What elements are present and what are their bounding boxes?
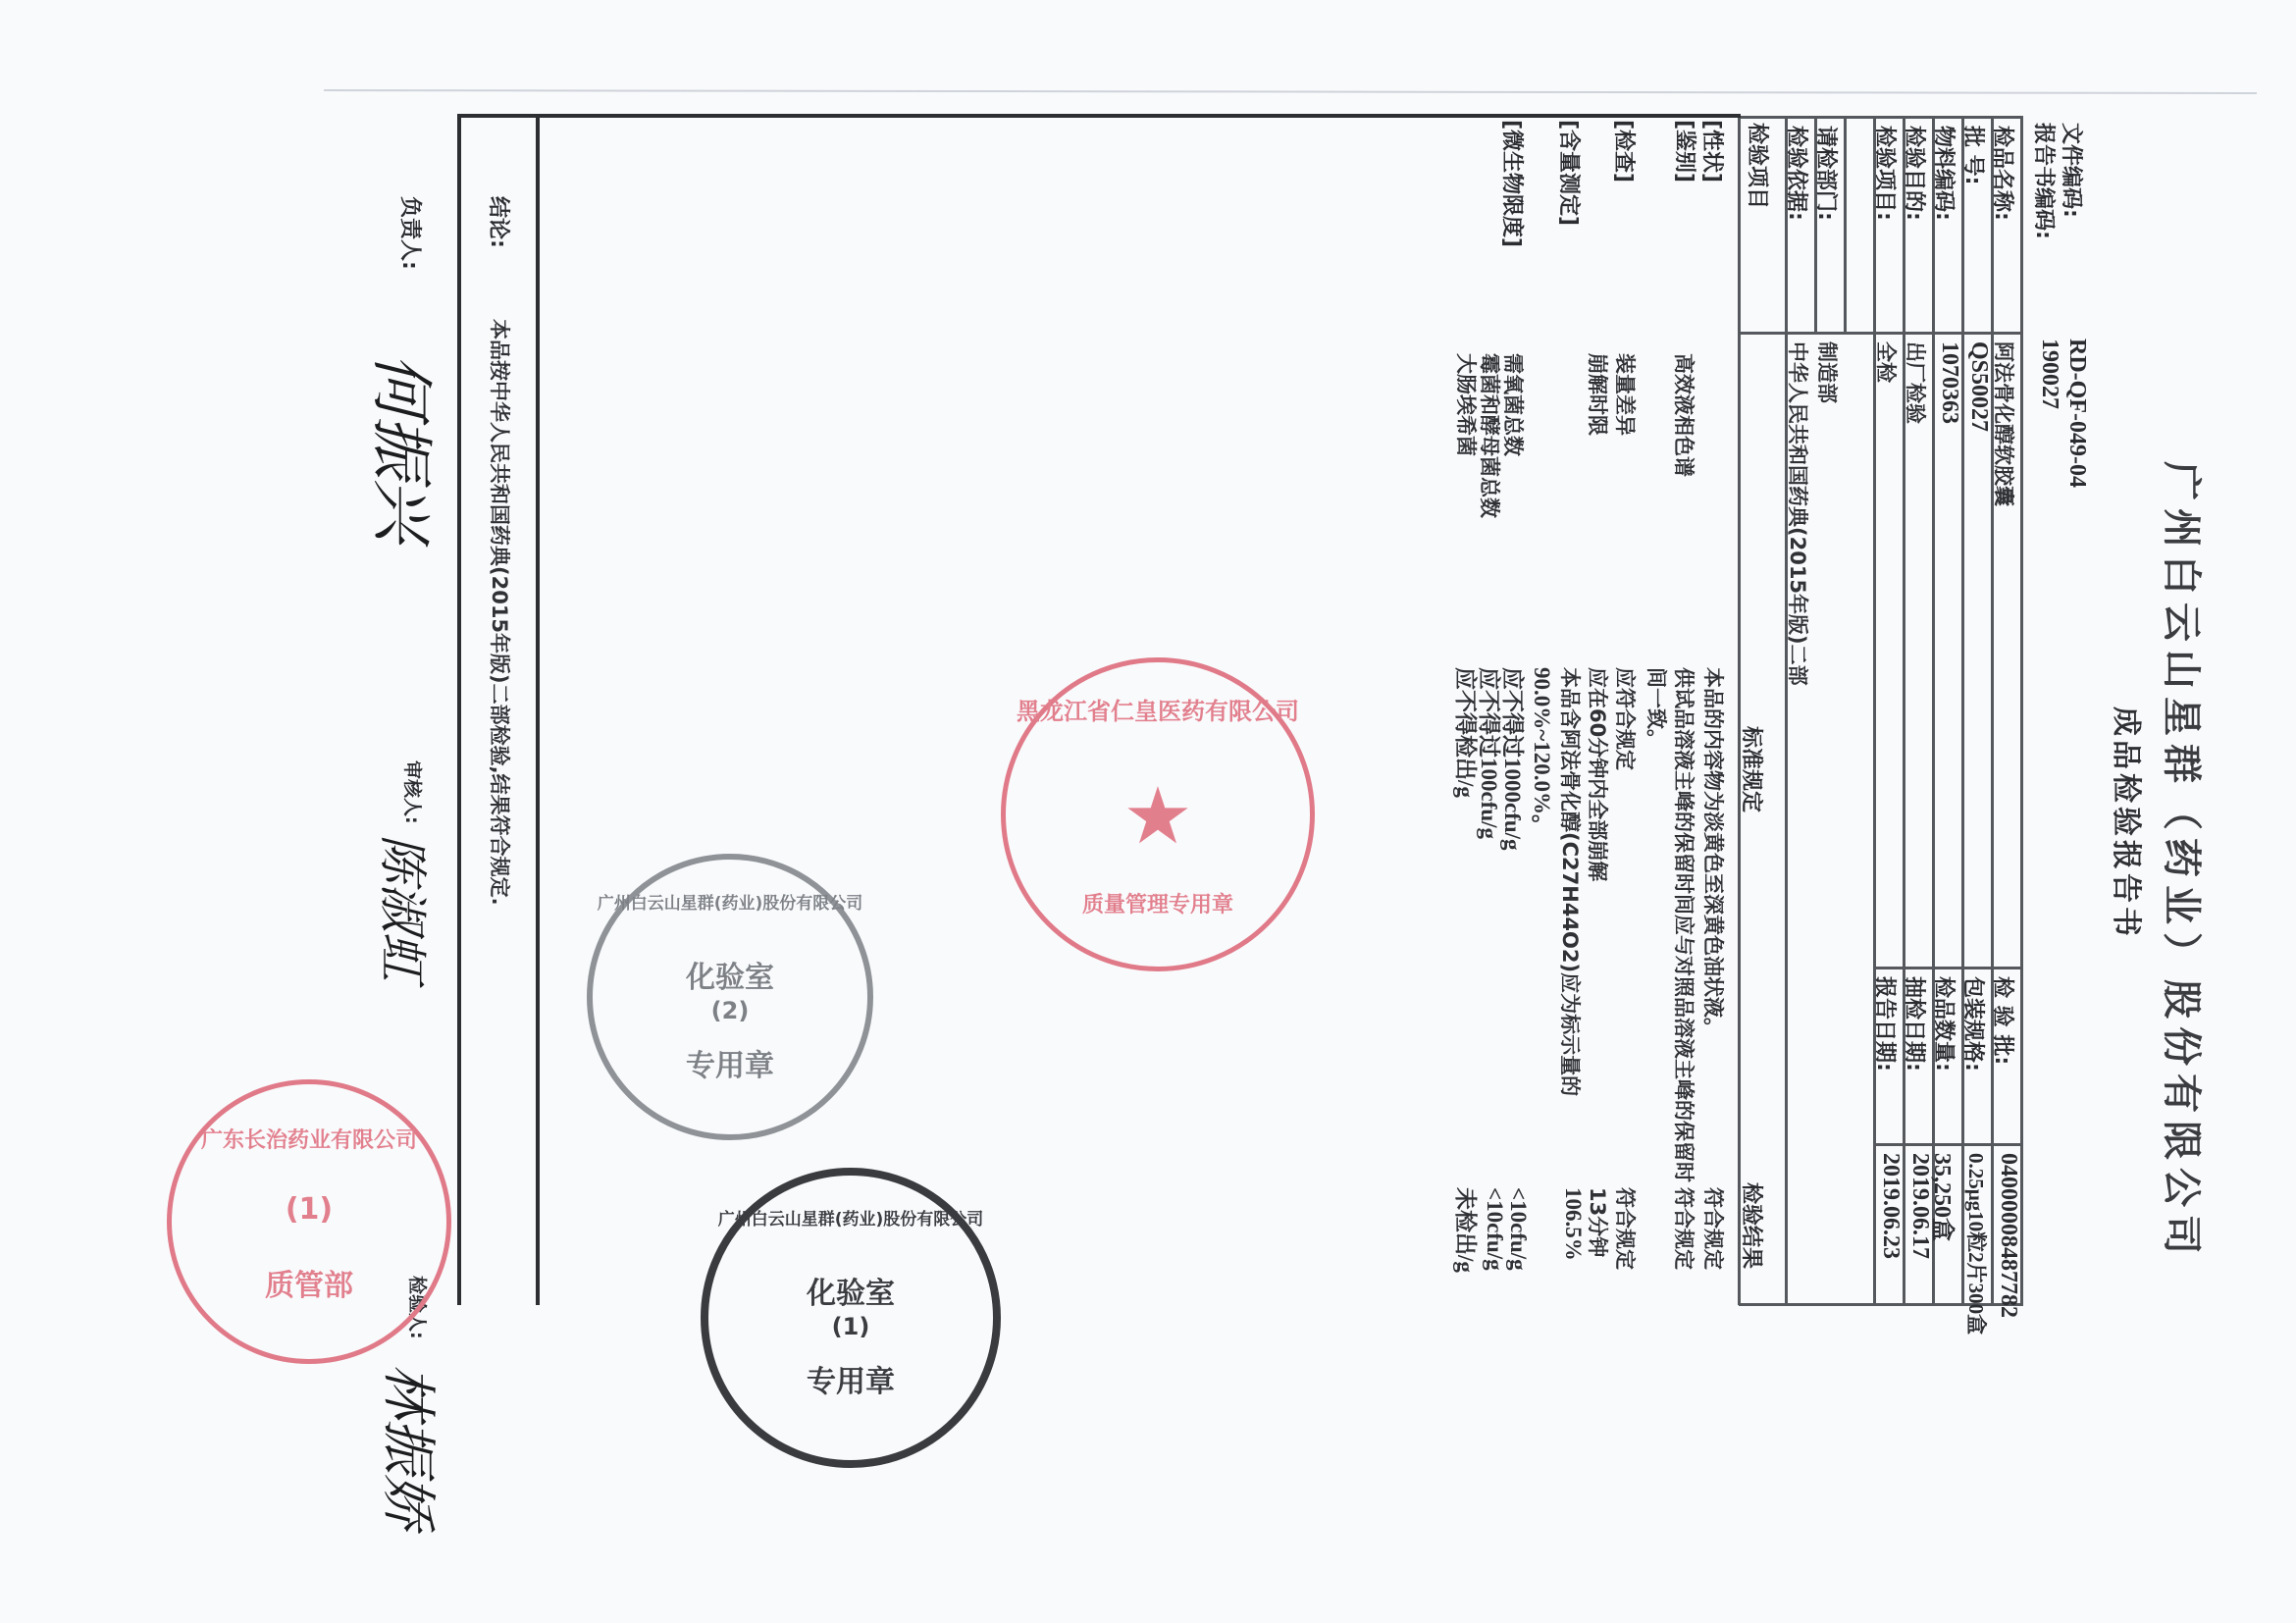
sampling-date-label: 抽检日期:	[1901, 976, 1931, 1072]
identification-standard-line1: 供试品溶液主峰的保留时间应与对照品溶液主峰的保留时	[1670, 667, 1699, 1182]
test-purpose: 出厂检验	[1902, 341, 1931, 424]
test-items: 全检	[1872, 341, 1902, 383]
aerobic-count-result: <10cfu/g	[1505, 1187, 1531, 1271]
inspection-lot: 04000008487782	[1995, 1153, 2021, 1318]
guangdong-quality-stamp: 广东长治药业有限公司 (1) 质管部	[167, 1079, 451, 1364]
responsible-signature: 何振兴	[361, 353, 451, 542]
ecoli-result: 未检出/g	[1451, 1187, 1484, 1273]
test-basis: 中华人民共和国药典(2015年版)二部	[1784, 341, 1813, 686]
lab-stamp-2: 广州白云山星群(药业)股份有限公司 化验室 (2) 专用章	[587, 854, 873, 1140]
doc-code-label: 文件编码:	[2058, 123, 2088, 218]
test-purpose-label: 检验目的:	[1901, 126, 1931, 221]
inspector-signature: 林振娇	[373, 1364, 451, 1529]
assay-standard-line1: 本品含阿法骨化醇(C27H44O2)应为标示量的	[1556, 667, 1586, 1096]
disintegration-result: 13分钟	[1584, 1187, 1613, 1257]
batch-no-label: 批 号:	[1959, 126, 1990, 184]
ecoli-standard: 应不得检出/g	[1451, 667, 1484, 798]
conclusion-text: 本品按中华人民共和国药典(2015年版)二部检验,结果符合规定.	[486, 319, 515, 906]
material-code-label: 物料编码:	[1930, 126, 1960, 221]
doc-code: RD-QF-049-04	[2063, 339, 2090, 488]
weight-variation-standard: 应符合规定	[1611, 667, 1641, 770]
assay-standard-line2: 90.0%~120.0%。	[1528, 667, 1560, 837]
report-code: 190027	[2036, 339, 2062, 409]
identification-item: 高效液相色谱	[1670, 353, 1699, 477]
company-name: 广州白云山星群（药业）股份有限公司	[2157, 461, 2213, 1262]
test-basis-label: 检验依据:	[1783, 126, 1813, 221]
product-name-label: 检品名称:	[1989, 126, 2019, 221]
responsible-label: 负责人:	[396, 196, 427, 270]
disintegration-item: 崩解时限	[1584, 353, 1613, 436]
requesting-dept: 制造部	[1813, 341, 1843, 403]
section-assay: [含量测定]	[1555, 120, 1586, 226]
reviewer-label: 审核人:	[400, 760, 427, 824]
mold-yeast-result: <10cfu/g	[1482, 1187, 1507, 1271]
assay-result: 106.5%	[1560, 1187, 1586, 1261]
report-date-label: 报告日期:	[1871, 976, 1902, 1072]
section-inspection: [检查]	[1610, 120, 1641, 183]
col-header-item: 检验项目	[1744, 123, 1774, 209]
batch-no: QS50027	[1965, 341, 1992, 432]
appearance-standard: 本品的内容物为淡黄色至深黄色油状液。	[1699, 667, 1729, 1038]
package-spec-label: 包装规格:	[1959, 976, 1990, 1072]
material-code: 1070363	[1936, 341, 1962, 424]
weight-variation-item: 装量差异	[1611, 353, 1641, 436]
identification-result: 符合规定	[1670, 1187, 1699, 1270]
lab-stamp-1: 广州白云山星群(药业)股份有限公司 化验室 (1) 专用章	[701, 1168, 1001, 1468]
disintegration-standard: 应在60分钟内全部崩解	[1584, 667, 1613, 881]
inspection-report-page: 广州白云山星群（药业）股份有限公司 成品检验报告书 文件编码: RD-QF-04…	[0, 0, 2296, 1623]
test-items-label: 检验项目:	[1871, 126, 1902, 221]
ecoli-item: 大肠埃希菌	[1452, 353, 1482, 456]
sampling-date: 2019.06.17	[1906, 1153, 1933, 1259]
weight-variation-result: 符合规定	[1611, 1187, 1641, 1270]
product-name: 阿法骨化醇软胶囊	[1990, 341, 2019, 506]
sample-qty: 35,250盒	[1928, 1153, 1962, 1241]
identification-standard-line2: 间一致。	[1643, 667, 1672, 750]
section-identification: [鉴别]	[1671, 120, 1701, 183]
report-date: 2019.06.23	[1877, 1153, 1904, 1259]
heilongjiang-quality-stamp: 黑龙江省仁皇医药有限公司 ★ 质量管理专用章	[1001, 657, 1315, 971]
inspection-lot-label: 检 验 批:	[1989, 976, 2019, 1065]
report-title: 成品检验报告书	[2108, 707, 2151, 940]
reviewer-signature: 陈淑虹	[371, 834, 442, 981]
sample-qty-label: 检品数量:	[1930, 976, 1960, 1072]
conclusion-label: 结论:	[485, 196, 515, 248]
report-code-label: 报告书编码:	[2030, 123, 2061, 239]
section-appearance: [性状]	[1698, 120, 1729, 183]
col-header-standard: 标准规定	[1738, 726, 1768, 812]
col-header-result: 检验结果	[1738, 1182, 1768, 1269]
section-microbial-limit: [微生物限度]	[1498, 120, 1529, 247]
requesting-dept-label: 请检部门:	[1812, 126, 1843, 221]
appearance-result: 符合规定	[1699, 1187, 1729, 1270]
package-spec: 0.25μg10粒2片300盒	[1962, 1153, 1992, 1335]
